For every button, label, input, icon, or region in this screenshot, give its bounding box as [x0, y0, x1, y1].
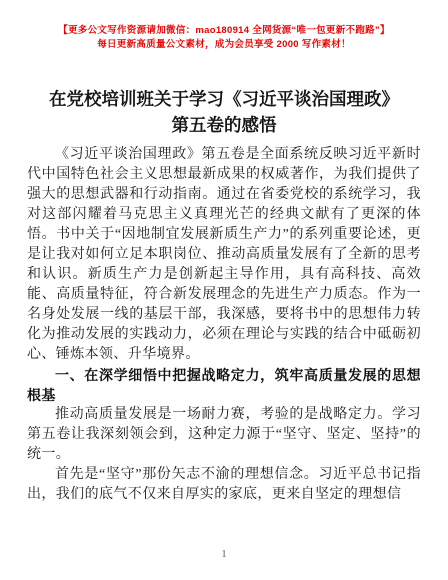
section1-paragraph1: 推动高质量发展是一场耐力赛，考验的是战略定力。学习第五卷让我深刻领会到，这种定力…	[27, 405, 421, 465]
document-title-line1: 在党校培训班关于学习《习近平谈治国理政》	[30, 86, 418, 112]
page-number: 1	[0, 549, 448, 560]
intro-paragraph: 《习近平谈治国理政》第五卷是全面系统反映习近平新时代中国特色社会主义思想最新成果…	[27, 145, 421, 365]
ad-banner-line2: 每日更新高质量公文素材，成为会员享受 2000 写作素材！	[0, 38, 448, 52]
section1-heading: 一、在深学细悟中把握战略定力，筑牢高质量发展的思想根基	[27, 365, 421, 405]
document-title-line2: 第五卷的感悟	[30, 112, 418, 138]
ad-banner-line1: 【更多公文写作资源请加微信：mao180914 全网货源“唯一包更新不跑路”】	[0, 24, 448, 38]
document-body: 《习近平谈治国理政》第五卷是全面系统反映习近平新时代中国特色社会主义思想最新成果…	[0, 145, 448, 505]
ad-banner: 【更多公文写作资源请加微信：mao180914 全网货源“唯一包更新不跑路”】 …	[0, 0, 448, 52]
section1-paragraph2: 首先是“坚守”那份矢志不渝的理想信念。习近平总书记指出，我们的底气不仅来自厚实的…	[27, 465, 421, 505]
document-title: 在党校培训班关于学习《习近平谈治国理政》 第五卷的感悟	[0, 86, 448, 138]
document-page: 【更多公文写作资源请加微信：mao180914 全网货源“唯一包更新不跑路”】 …	[0, 0, 448, 580]
